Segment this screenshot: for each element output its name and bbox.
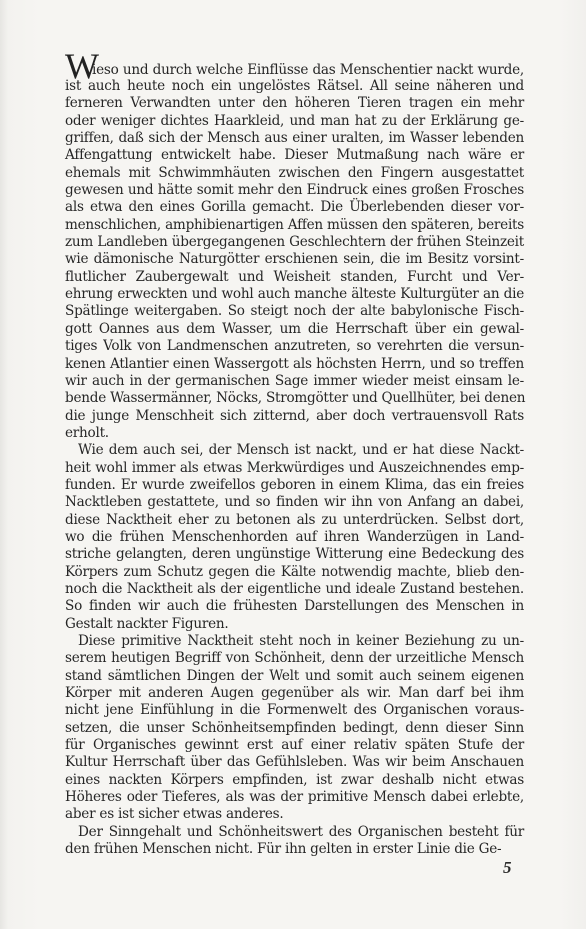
text-line: So finden wir auch die frühesten Darstel… xyxy=(65,598,524,615)
text-line: Der Sinngehalt und Schönheitswert des Or… xyxy=(65,824,524,841)
paragraph: Der Sinngehalt und Schönheitswert des Or… xyxy=(65,824,524,859)
text-line: Nacktleben gestattete, und so finden wir… xyxy=(65,494,524,511)
text-line: oder weniger dichtes Haarkleid, und man … xyxy=(65,113,524,130)
text-line: flutlicher Zaubergewalt und Weisheit sta… xyxy=(65,269,524,286)
text-line: funden. Er wurde zweifellos geboren in e… xyxy=(65,477,524,494)
text-line: wie dämonische Naturgötter erschienen se… xyxy=(65,251,524,268)
text-line: ieso und durch welche Einflüsse das Mens… xyxy=(65,59,524,78)
body-text: ieso und durch welche Einflüsse das Mens… xyxy=(65,59,524,858)
text-line: griffen, daß sich der Mensch aus einer u… xyxy=(65,130,524,147)
text-line: Diese primitive Nacktheit steht noch in … xyxy=(65,633,524,650)
paragraph: ieso und durch welche Einflüsse das Mens… xyxy=(65,59,524,442)
paragraph: Wie dem auch sei, der Mensch ist nackt, … xyxy=(65,442,524,633)
text-line: Spätlinge weitergaben. So steigt noch de… xyxy=(65,303,524,320)
text-line: Körper mit anderen Augen gegenüber als w… xyxy=(65,685,524,702)
text-line: Wie dem auch sei, der Mensch ist nackt, … xyxy=(65,442,524,459)
text-line: Kultur Herrschaft über das Gefühlsleben.… xyxy=(65,754,524,771)
text-line: Körpers zum Schutz gegen die Kälte notwe… xyxy=(65,564,524,581)
text-line: nicht jene Einfühlung in die Formenwelt … xyxy=(65,702,524,719)
text-line: gewesen und hätte somit mehr den Eindruc… xyxy=(65,182,524,199)
page-number: 5 xyxy=(503,858,512,878)
text-line: gott Oannes aus dem Wasser, um die Herrs… xyxy=(65,321,524,338)
text-line: ehemals mit Schwimmhäuten zwischen den F… xyxy=(65,165,524,182)
text-line: striche gelangten, deren ungünstige Witt… xyxy=(65,546,524,563)
book-page: W ieso und durch welche Einflüsse das Me… xyxy=(0,0,586,929)
text-line: setzen, die unser Schönheitsempfinden be… xyxy=(65,720,524,737)
text-line: wir auch in der germanischen Sage immer … xyxy=(65,373,524,390)
paragraph: Diese primitive Nacktheit steht noch in … xyxy=(65,633,524,824)
text-line: die junge Menschheit sich zitternd, aber… xyxy=(65,408,524,425)
text-line: ferneren Verwandten unter den höheren Ti… xyxy=(65,95,524,112)
text-line: erholt. xyxy=(65,425,524,442)
text-line: wo die frühen Menschenhorden auf ihren W… xyxy=(65,529,524,546)
text-line: kenen Atlantier einen Wassergott als höc… xyxy=(65,356,524,373)
text-line: stand sämtlichen Dingen der Welt und som… xyxy=(65,668,524,685)
text-line: eines nackten Körpers empfinden, ist zwa… xyxy=(65,772,524,789)
text-line: Höheres oder Tieferes, als was der primi… xyxy=(65,789,524,806)
text-line: serem heutigen Begriff von Schönheit, de… xyxy=(65,650,524,667)
text-line: bende Wassermänner, Nöcks, Stromgötter u… xyxy=(65,390,524,407)
text-line: Affengattung entwickelt habe. Dieser Mut… xyxy=(65,147,524,164)
text-line: ehrung erweckten und wohl auch manche äl… xyxy=(65,286,524,303)
text-line: als etwa den eines Gorilla gemacht. Die … xyxy=(65,199,524,216)
text-line: diese Nacktheit eher zu betonen als zu u… xyxy=(65,512,524,529)
text-line: für Organisches gewinnt erst auf einer r… xyxy=(65,737,524,754)
text-line: aber es ist sicher etwas anderes. xyxy=(65,806,524,823)
text-line: ist auch heute noch ein ungelöstes Rätse… xyxy=(65,78,524,95)
text-line: noch die Nacktheit als der eigentliche u… xyxy=(65,581,524,598)
text-line: den frühen Menschen nicht. Für ihn gelte… xyxy=(65,841,524,858)
text-line: heit wohl immer als etwas Merkwürdiges u… xyxy=(65,460,524,477)
text-line: Gestalt nackter Figuren. xyxy=(65,616,524,633)
text-line: tiges Volk von Landmenschen anzutreten, … xyxy=(65,338,524,355)
text-line: zum Landleben übergegangenen Geschlechte… xyxy=(65,234,524,251)
text-line: menschlichen, amphibienartigen Affen müs… xyxy=(65,217,524,234)
